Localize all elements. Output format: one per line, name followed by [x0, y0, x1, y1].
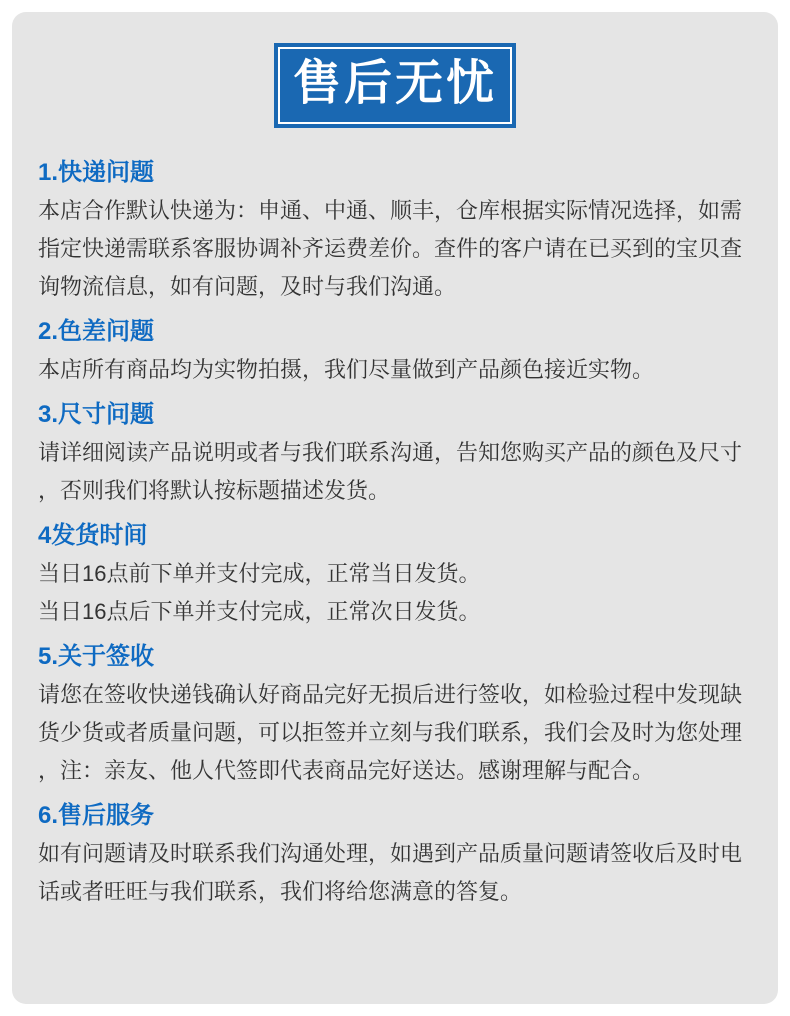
section-paragraph: 请详细阅读产品说明或者与我们联系沟通，告知您购买产品的颜色及尺寸，否则我们将默认…	[38, 434, 753, 510]
section-shipping-time: 4发货时间 当日16点前下单并支付完成，正常当日发货。 当日16点后下单并支付完…	[38, 521, 753, 631]
section-sign-receipt: 5.关于签收 请您在签收快递钱确认好商品完好无损后进行签收，如检验过程中发现缺货…	[38, 642, 753, 790]
section-paragraph: 当日16点前下单并支付完成，正常当日发货。	[38, 555, 753, 593]
section-heading: 5.关于签收	[38, 642, 753, 672]
after-sales-banner: 售后无忧	[274, 43, 516, 128]
section-paragraph: 本店合作默认快递为：申通、中通、顺丰，仓库根据实际情况选择，如需指定快递需联系客…	[38, 192, 753, 306]
section-after-sales-service: 6.售后服务 如有问题请及时联系我们沟通处理，如遇到产品质量问题请签收后及时电话…	[38, 801, 753, 911]
section-size: 3.尺寸问题 请详细阅读产品说明或者与我们联系沟通，告知您购买产品的颜色及尺寸，…	[38, 400, 753, 510]
content-card: 售后无忧 1.快递问题 本店合作默认快递为：申通、中通、顺丰，仓库根据实际情况选…	[12, 12, 778, 1004]
banner-title: 售后无忧	[293, 60, 497, 112]
section-heading: 2.色差问题	[38, 317, 753, 347]
policy-content: 1.快递问题 本店合作默认快递为：申通、中通、顺丰，仓库根据实际情况选择，如需指…	[12, 128, 778, 911]
section-paragraph: 当日16点后下单并支付完成，正常次日发货。	[38, 593, 753, 631]
section-paragraph: 请您在签收快递钱确认好商品完好无损后进行签收，如检验过程中发现缺货少货或者质量问…	[38, 676, 753, 790]
section-heading: 6.售后服务	[38, 801, 753, 831]
section-heading: 1.快递问题	[38, 158, 753, 188]
section-heading: 4发货时间	[38, 521, 753, 551]
section-paragraph: 如有问题请及时联系我们沟通处理，如遇到产品质量问题请签收后及时电话或者旺旺与我们…	[38, 835, 753, 911]
section-color-difference: 2.色差问题 本店所有商品均为实物拍摄，我们尽量做到产品颜色接近实物。	[38, 317, 753, 389]
section-heading: 3.尺寸问题	[38, 400, 753, 430]
section-delivery: 1.快递问题 本店合作默认快递为：申通、中通、顺丰，仓库根据实际情况选择，如需指…	[38, 158, 753, 306]
page: 售后无忧 1.快递问题 本店合作默认快递为：申通、中通、顺丰，仓库根据实际情况选…	[0, 0, 790, 1016]
section-paragraph: 本店所有商品均为实物拍摄，我们尽量做到产品颜色接近实物。	[38, 351, 753, 389]
